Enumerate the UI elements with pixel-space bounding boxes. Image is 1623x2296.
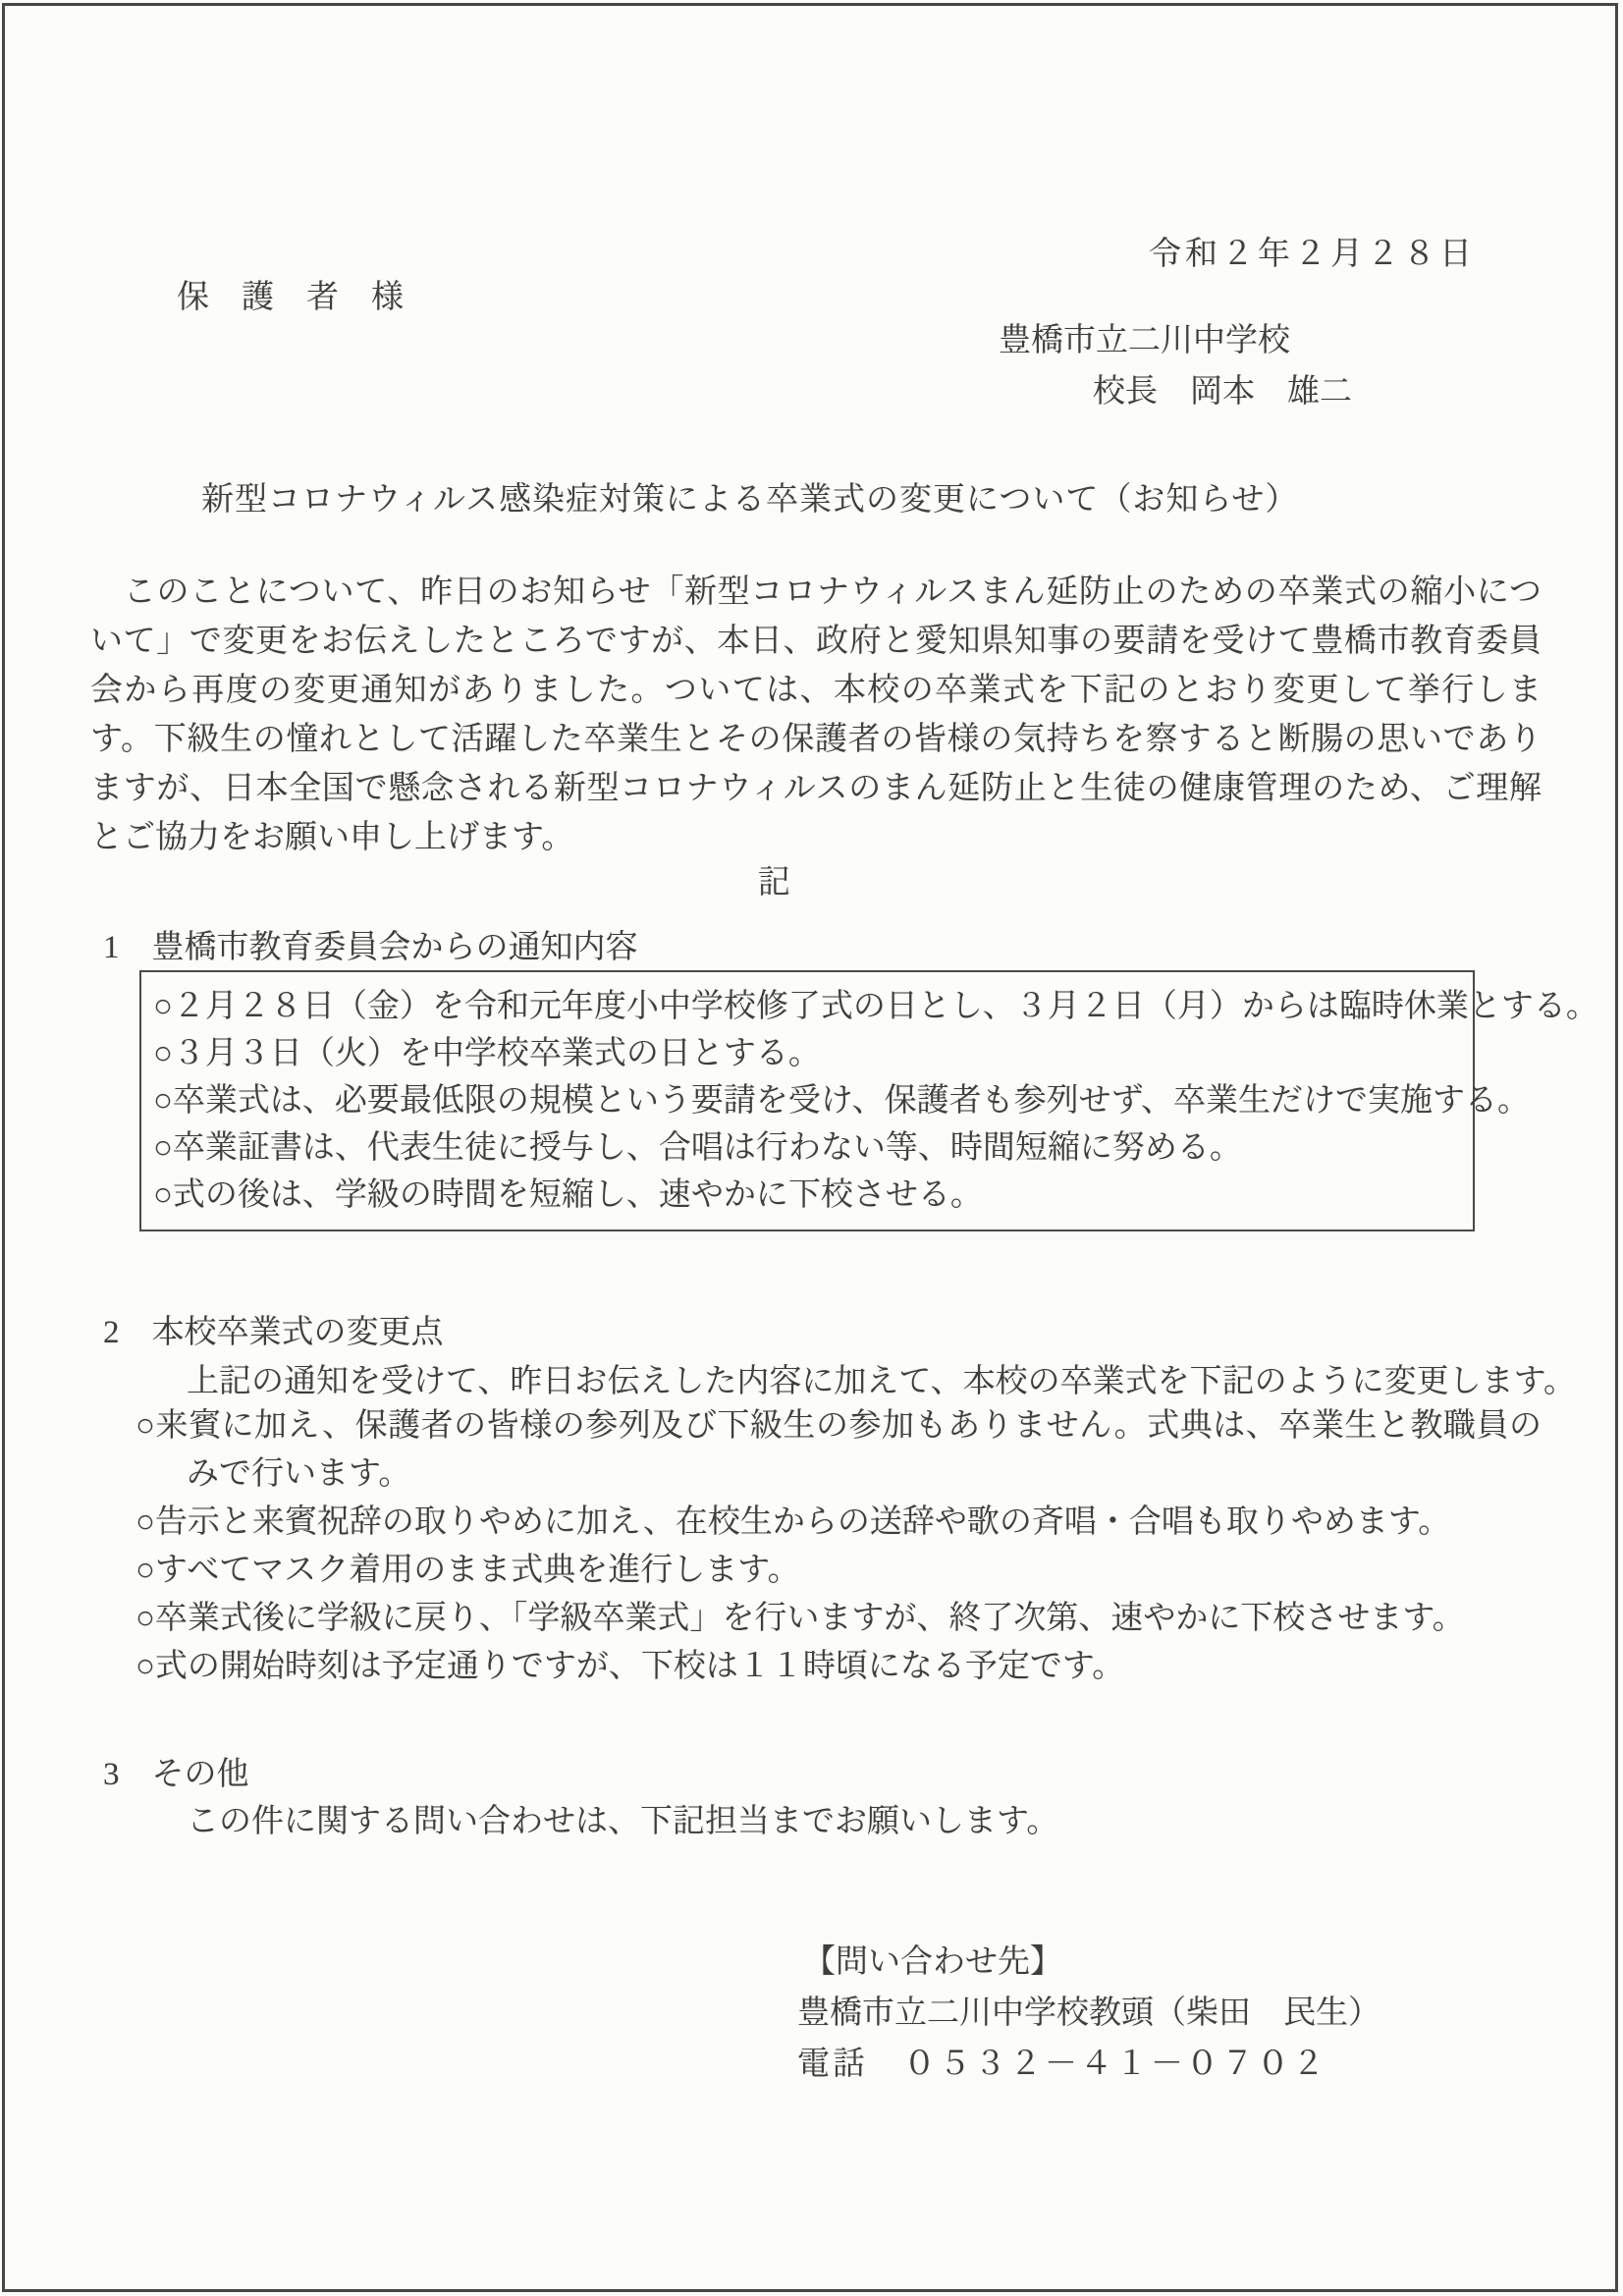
notice-box-item: ○卒業式は、必要最低限の規模という要請を受け、保護者も参列せず、卒業生だけで実施…: [153, 1077, 1461, 1124]
sender-principal-name: 校長 岡本 雄二: [1093, 365, 1352, 411]
addressee: 保 護 者 様: [177, 271, 404, 317]
section3-heading: 3 その他: [103, 1748, 249, 1794]
section2-intro: 上記の通知を受けて、昨日お伝えした内容に加えて、本校の卒業式を下記のように変更し…: [187, 1355, 1576, 1401]
sender-school-name: 豊橋市立二川中学校: [999, 314, 1290, 360]
ki-marker: 記: [758, 856, 790, 902]
letter-date: 令和２年２月２８日: [1149, 228, 1476, 274]
notice-box-item: ○３月３日（火）を中学校卒業式の日とする。: [153, 1030, 1461, 1077]
notice-box-item: ○式の後は、学級の時間を短縮し、速やかに下校させる。: [153, 1172, 1461, 1219]
scanned-letter-page: 令和２年２月２８日 保 護 者 様 豊橋市立二川中学校 校長 岡本 雄二 新型コ…: [0, 0, 1623, 2296]
section2-change-list: ○来賓に加え、保護者の皆様の参列及び下級生の参加もありません。式典は、卒業生と教…: [135, 1402, 1542, 1691]
notice-box: ○２月２８日（金）を令和元年度小中学校修了式の日とし、３月２日（月）からは臨時休…: [139, 970, 1475, 1231]
change-list-item: ○来賓に加え、保護者の皆様の参列及び下級生の参加もありません。式典は、卒業生と教…: [135, 1402, 1542, 1499]
section2-heading: 2 本校卒業式の変更点: [103, 1306, 444, 1352]
change-list-item: ○すべてマスク着用のまま式典を進行します。: [135, 1547, 1542, 1595]
contact-phone: 電話 ０５３２－４１－０７０２: [797, 2039, 1380, 2090]
section3-body: この件に関する問い合わせは、下記担当までお願いします。: [187, 1795, 1058, 1841]
notice-box-item: ○卒業証書は、代表生徒に授与し、合唱は行わない等、時間短縮に努める。: [153, 1124, 1461, 1172]
notice-box-item: ○２月２８日（金）を令和元年度小中学校修了式の日とし、３月２日（月）からは臨時休…: [153, 983, 1461, 1030]
change-list-item: ○卒業式後に学級に戻り、「学級卒業式」を行いますが、終了次第、速やかに下校させま…: [135, 1595, 1542, 1643]
change-list-item: ○式の開始時刻は予定通りですが、下校は１１時頃になる予定です。: [135, 1643, 1542, 1691]
section1-heading: 1 豊橋市教育委員会からの通知内容: [103, 921, 638, 967]
contact-person: 豊橋市立二川中学校教頭（柴田 民生）: [797, 1988, 1380, 2039]
contact-block: 【問い合わせ先】 豊橋市立二川中学校教頭（柴田 民生） 電話 ０５３２－４１－０…: [797, 1937, 1380, 2090]
body-paragraph: このことについて、昨日のお知らせ「新型コロナウィルスまん延防止のための卒業式の縮…: [90, 568, 1542, 862]
change-list-item: ○告示と来賓祝辞の取りやめに加え、在校生からの送辞や歌の斉唱・合唱も取りやめます…: [135, 1499, 1542, 1547]
contact-heading: 【問い合わせ先】: [803, 1937, 1380, 1988]
document-title: 新型コロナウィルス感染症対策による卒業式の変更について（お知らせ）: [201, 473, 1298, 519]
